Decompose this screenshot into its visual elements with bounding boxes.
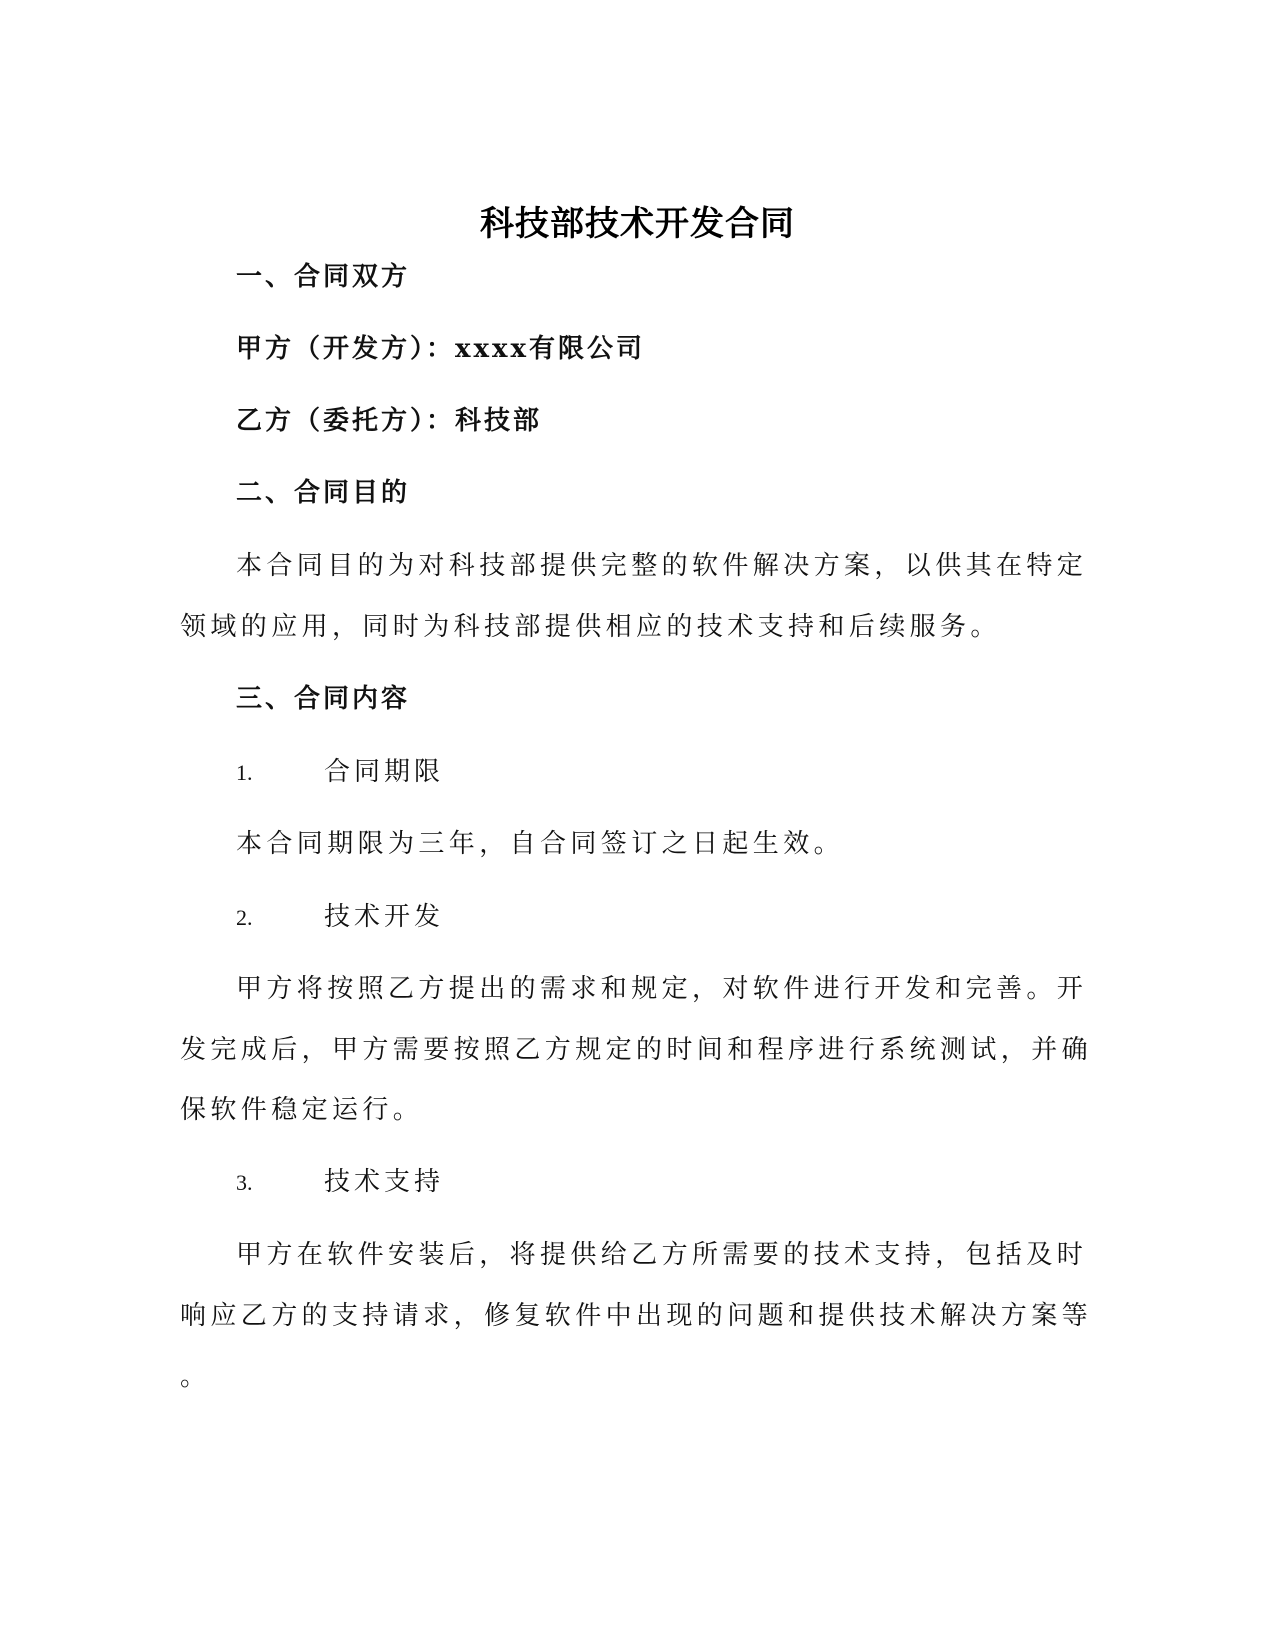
item-term-heading: 1.合同期限	[236, 751, 444, 788]
party-a-line: 甲方（开发方）：xxxx有限公司	[236, 328, 645, 365]
item-number: 3.	[236, 1170, 324, 1196]
section-heading-parties: 一、合同双方	[236, 256, 410, 293]
item-number: 1.	[236, 760, 324, 786]
term-paragraph-line-1: 本合同期限为三年，自合同签订之日起生效。	[236, 823, 844, 860]
document-page: 科技部技术开发合同 一、合同双方 甲方（开发方）：xxxx有限公司 乙方（委托方…	[0, 0, 1275, 1650]
item-support-heading: 3.技术支持	[236, 1161, 444, 1198]
section-heading-purpose: 二、合同目的	[236, 472, 410, 509]
development-paragraph-line-1: 甲方将按照乙方提出的需求和规定，对软件进行开发和完善。开	[236, 968, 1087, 1005]
document-title: 科技部技术开发合同	[0, 196, 1275, 245]
support-paragraph-line-2: 响应乙方的支持请求，修复软件中出现的问题和提供技术解决方案等	[180, 1295, 1092, 1332]
development-paragraph-line-2: 发完成后，甲方需要按照乙方规定的时间和程序进行系统测试，并确	[180, 1029, 1092, 1066]
item-title: 合同期限	[324, 757, 444, 787]
item-development-heading: 2.技术开发	[236, 896, 444, 933]
development-paragraph-line-3: 保软件稳定运行。	[180, 1089, 423, 1126]
support-paragraph-line-3: 。	[180, 1356, 210, 1393]
item-number: 2.	[236, 905, 324, 931]
purpose-paragraph-line-1: 本合同目的为对科技部提供完整的软件解决方案，以供其在特定	[236, 545, 1087, 582]
item-title: 技术支持	[324, 1167, 444, 1197]
support-paragraph-line-1: 甲方在软件安装后，将提供给乙方所需要的技术支持，包括及时	[236, 1234, 1087, 1271]
purpose-paragraph-line-2: 领域的应用，同时为科技部提供相应的技术支持和后续服务。	[180, 606, 1001, 643]
section-heading-content: 三、合同内容	[236, 678, 410, 715]
party-b-line: 乙方（委托方）：科技部	[236, 400, 542, 437]
item-title: 技术开发	[324, 902, 444, 932]
